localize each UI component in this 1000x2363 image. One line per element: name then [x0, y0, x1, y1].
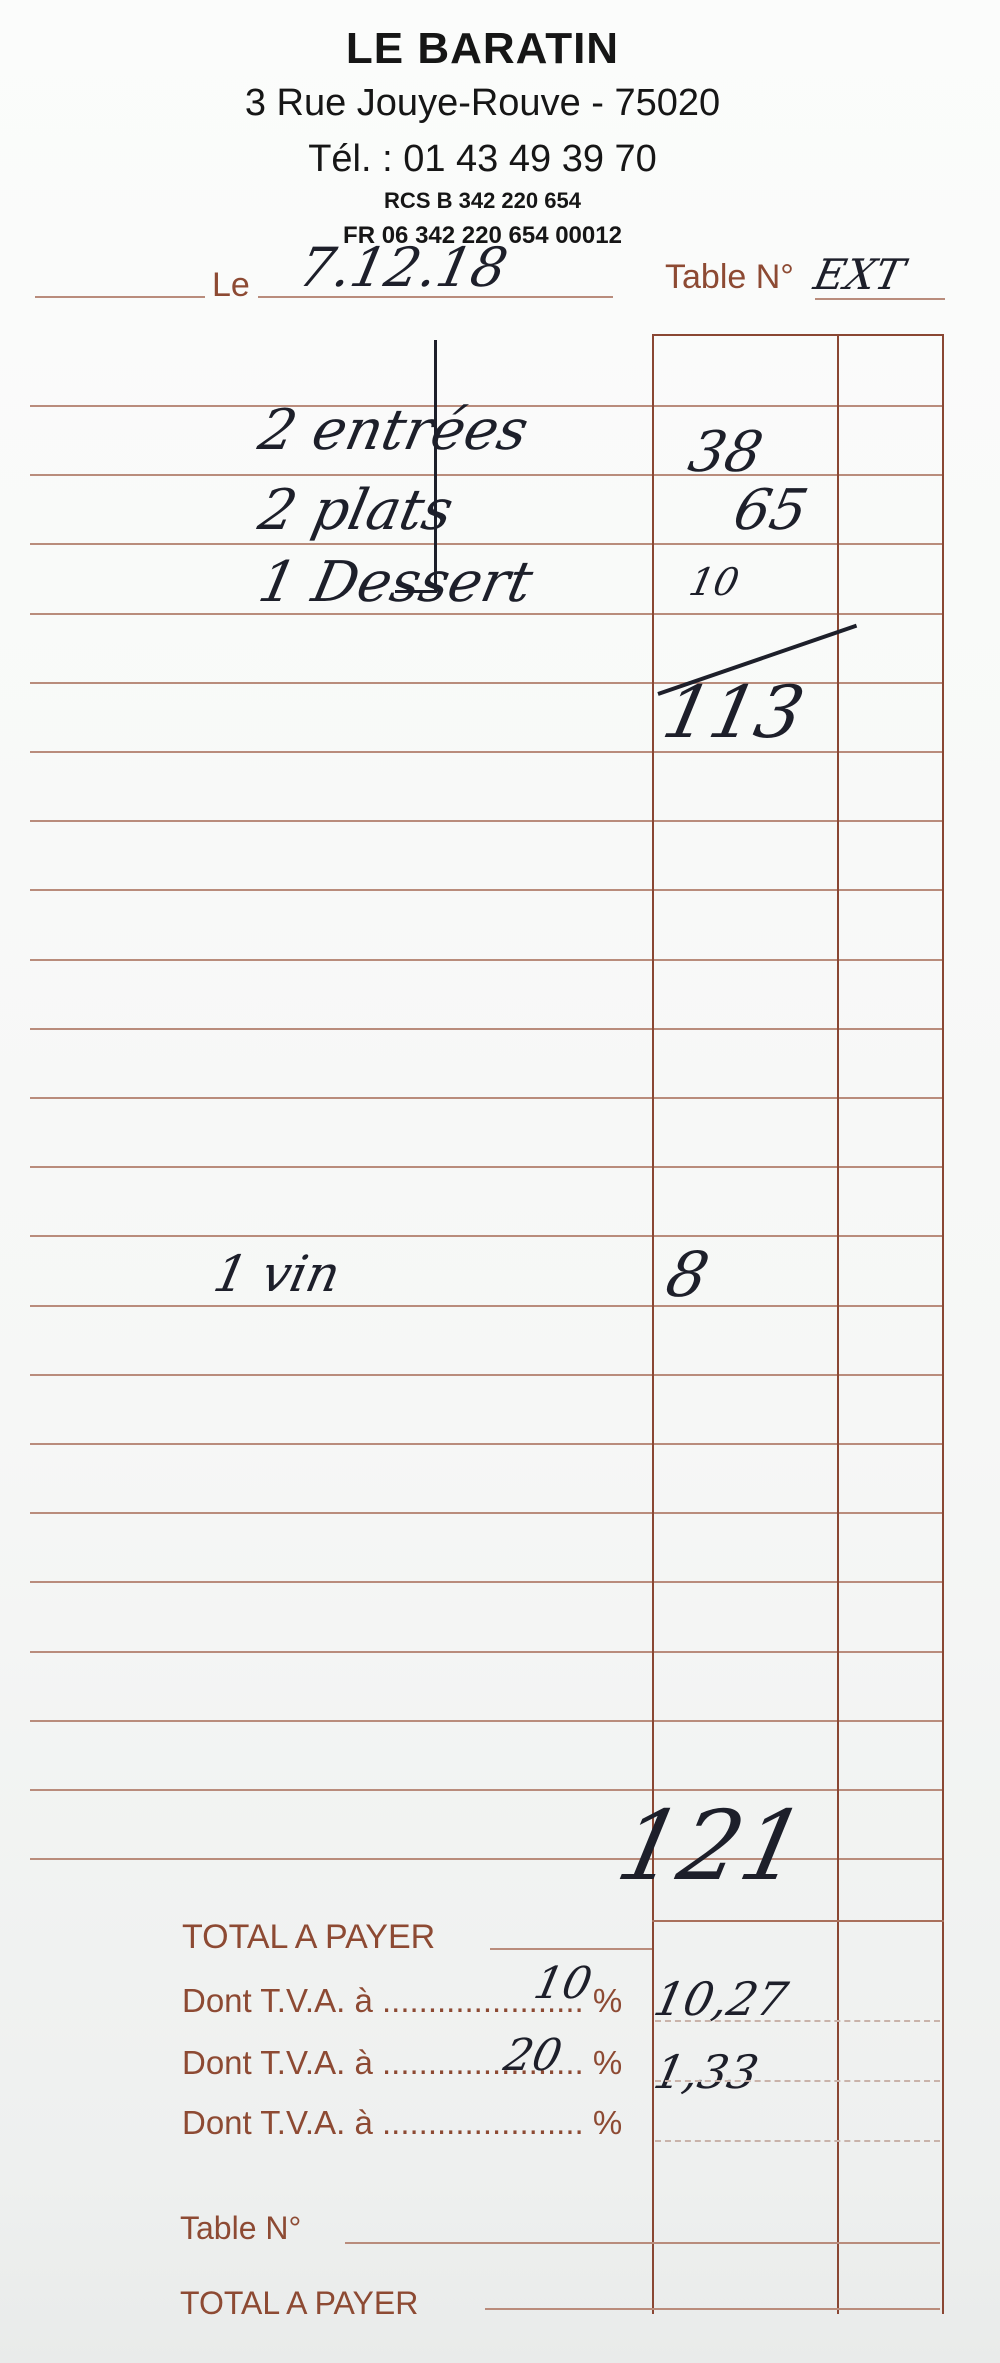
ruled-line: [30, 1720, 942, 1722]
ruled-line: [30, 751, 942, 753]
item-amount: 65: [728, 478, 813, 543]
stub-total-rule: [485, 2308, 940, 2310]
item-amount: 10: [685, 560, 743, 604]
vat-percent: %: [593, 2104, 622, 2141]
ruled-line: [30, 1097, 942, 1099]
item-amount: 38: [683, 420, 768, 485]
vat-label: Dont T.V.A. à: [182, 1982, 373, 2019]
stub-table-label: Table N°: [180, 2210, 301, 2247]
vat-percent: %: [593, 1982, 622, 2019]
restaurant-address: 3 Rue Jouye-Rouve - 75020: [0, 82, 965, 125]
item-description: 1 Dessert: [253, 550, 538, 615]
vat-dots: ......................: [382, 2104, 584, 2141]
restaurant-name: LE BARATIN: [0, 24, 965, 74]
vat-label: Dont T.V.A. à: [182, 2104, 373, 2141]
ruled-line: [30, 1858, 942, 1860]
grid-top-border: [652, 334, 944, 336]
ruled-line: [30, 1166, 942, 1168]
ruled-line: [30, 1443, 942, 1445]
item-description: 1 vin: [209, 1245, 345, 1303]
vat-label: Dont T.V.A. à: [182, 2044, 373, 2081]
ruled-line: [30, 1512, 942, 1514]
vat-rate: 20: [500, 2030, 567, 2081]
grand-total-value: 121: [608, 1790, 815, 1902]
item-amount: 8: [660, 1238, 715, 1311]
restaurant-phone: Tél. : 01 43 49 39 70: [0, 138, 965, 181]
receipt-paper: LE BARATIN 3 Rue Jouye-Rouve - 75020 Tél…: [0, 0, 1000, 2363]
vat-percent: %: [593, 2044, 622, 2081]
vat-grid-dash: [655, 2080, 940, 2084]
table-value: EXT: [810, 250, 909, 299]
date-prefix-rule: [35, 296, 205, 298]
ruled-line: [30, 474, 942, 476]
grid-right-border: [942, 334, 944, 2314]
date-label: Le: [212, 266, 250, 305]
table-label: Table N°: [665, 258, 794, 297]
item-description: 2 entrées: [253, 398, 534, 463]
stub-table-rule: [345, 2242, 940, 2244]
ruled-line: [30, 820, 942, 822]
vat-grid-dash: [655, 2140, 940, 2144]
stub-total-label: TOTAL A PAYER: [180, 2285, 418, 2322]
vat-amount: 1,33: [649, 2045, 763, 2099]
rcs-number: RCS B 342 220 654: [0, 188, 965, 214]
ruled-line: [30, 1651, 942, 1653]
total-to-pay-rule: [490, 1948, 652, 1950]
ruled-line: [30, 543, 942, 545]
subtotal-value: 113: [656, 670, 811, 754]
date-value: 7.12.18: [293, 236, 513, 299]
vat-amount: 10,27: [649, 1972, 792, 2026]
ruled-line: [30, 1581, 942, 1583]
ruled-line: [30, 1305, 942, 1307]
ruled-line: [30, 1374, 942, 1376]
grid-total-double-line: [652, 1920, 944, 1922]
ruled-line: [30, 959, 942, 961]
ruled-line: [30, 1028, 942, 1030]
item-description: 2 plats: [253, 478, 459, 543]
ruled-line: [30, 1235, 942, 1237]
vat-grid-dash: [655, 2020, 940, 2024]
vat-rate: 10: [530, 1958, 597, 2009]
total-to-pay-label: TOTAL A PAYER: [182, 1918, 435, 1957]
vat-line-3: Dont T.V.A. à ...................... %: [182, 2104, 622, 2142]
ruled-line: [30, 889, 942, 891]
